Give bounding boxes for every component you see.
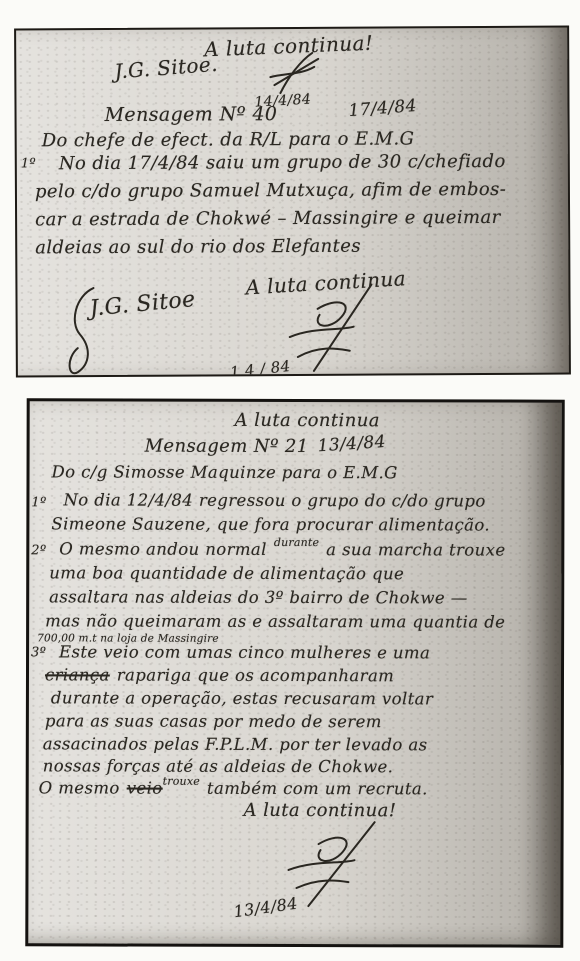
message-line: O mesmo andou normaldurantea sua marcha … [59,539,505,559]
addressee-line: Do chefe de efect. da R/L para o E.M.G [42,128,415,151]
line-text: também com um recruta. [207,779,428,799]
inserted-word: trouxe [163,775,200,788]
message-line: criançarapariga que os acompanharam [45,665,394,685]
scanned-message-card-2: A luta continua Mensagem Nº 21 13/4/84 D… [25,398,564,947]
line-text: rapariga que os acompanharam [117,666,395,686]
closing-slogan: A luta continua! [244,800,397,821]
paragraph-marker-3: 3º [31,645,46,660]
struck-word: veio [127,779,163,798]
message-line: No dia 17/4/84 saiu um grupo de 30 c/che… [59,151,506,174]
message-date: 17/4/84 [348,96,418,121]
message-line: uma boa quantidade de alimentação que [49,563,404,583]
signature-scribble-icon [279,280,389,373]
message-line: assaltara nas aldeias do 3º bairro de Ch… [49,587,467,607]
message-line: No dia 12/4/84 regressou o grupo do c/do… [63,490,485,510]
line-text: O mesmo andou normal [59,539,267,559]
message-line: mas não queimaram as e assaltaram uma qu… [45,611,505,631]
message-line: pelo c/do grupo Samuel Mutxuça, afim de … [35,179,506,202]
addressee-line: Do c/g Simosse Maquinze para o E.M.G [52,462,398,482]
struck-word: criança [45,665,110,684]
inserted-word: durante [274,536,319,549]
slogan-top: A luta continua [235,410,380,431]
paragraph-marker-1: 1º [21,156,36,171]
paragraph-marker-2: 2º [31,543,46,558]
message-line: Este veio com umas cinco mulheres e uma [59,642,430,662]
message-line: assacinados pelas F.P.L.M. por ter levad… [43,734,428,754]
message-line: durante a operação, estas recusaram volt… [51,688,433,708]
signature-jg-sitoe-top: J.G. Sitoe. [114,52,219,84]
scanned-message-card-1: A luta continua! J.G. Sitoe. 14/4/84 Men… [14,26,571,378]
message-line: O mesmoveiotrouxetambém com um recruta. [39,778,428,798]
message-line: car a estrada de Chokwé – Massingire e q… [35,207,501,230]
message-line: nossas forças até as aldeias de Chokwe. [43,756,394,776]
message-line: para as suas casas por medo de serem [45,711,382,731]
message-title: Mensagem Nº 40 [104,103,277,126]
line-text: a sua marcha trouxe [326,540,505,559]
date-bottom-clipped: 1 4 / 84 [229,357,291,378]
message-line: aldeias ao sul do rio dos Elefantes [35,236,361,259]
paragraph-marker-1: 1º [31,495,46,510]
message-date: 13/4/84 [317,432,387,457]
line-text: O mesmo [39,778,120,797]
message-line: Simeone Sauzene, que fora procurar alime… [51,514,490,534]
message-title: Mensagem Nº 21 [145,436,309,457]
date-bottom: 13/4/84 [232,894,298,922]
